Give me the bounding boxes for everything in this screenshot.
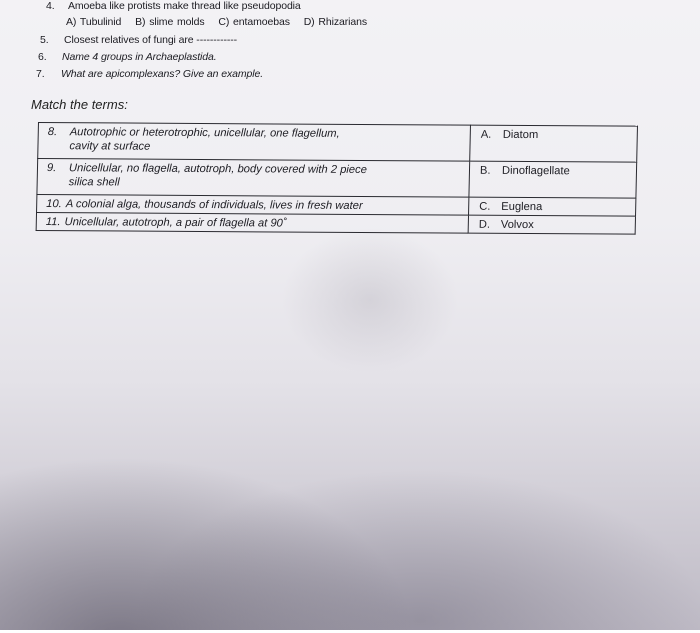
answer-cell: B.Dinoflagellate	[469, 161, 637, 198]
term-cell: 11.Unicellular, autotroph, a pair of fla…	[36, 212, 468, 233]
term-number: 8.	[48, 125, 70, 139]
table-row: 11.Unicellular, autotroph, a pair of fla…	[36, 212, 635, 234]
answer-text: Diatom	[503, 129, 539, 141]
question-6: 6.Name 4 groups in Archaeplastida.	[38, 51, 217, 63]
question-number: 7.	[36, 68, 61, 80]
table-row: 9.Unicellular, no flagella, autotroph, b…	[37, 158, 637, 198]
question-4: 4.Amoeba like protists make thread like …	[46, 0, 301, 12]
question-number: 5.	[40, 34, 64, 46]
question-number: 4.	[46, 0, 68, 12]
term-cell: 9.Unicellular, no flagella, autotroph, b…	[37, 158, 470, 197]
term-number: 9.	[47, 161, 69, 175]
answer-text: Dinoflagellate	[502, 165, 570, 177]
paper-background	[0, 0, 700, 633]
term-text: A colonial alga, thousands of individual…	[66, 198, 363, 212]
table-row: 8.Autotrophic or heterotrophic, unicellu…	[38, 123, 638, 163]
option-a: A) Tubulinid	[66, 16, 121, 28]
answer-cell: D.Volvox	[468, 215, 635, 234]
answer-letter: C.	[479, 200, 501, 214]
term-text-continued: silica shell	[47, 175, 463, 192]
option-d: D) Rhizarians	[304, 16, 367, 28]
term-text: Unicellular, no flagella, autotroph, bod…	[69, 162, 367, 176]
answer-cell: A.Diatom	[470, 125, 638, 162]
term-number: 10.	[46, 197, 62, 211]
match-heading: Match the terms:	[31, 97, 128, 112]
option-b: B) slime molds	[135, 16, 204, 28]
term-text-continued: cavity at surface	[47, 139, 463, 156]
answer-text: Euglena	[501, 201, 542, 213]
question-number: 6.	[38, 51, 62, 63]
match-table: 8.Autotrophic or heterotrophic, unicellu…	[36, 122, 638, 235]
question-5: 5.Closest relatives of fungi are -------…	[40, 34, 237, 46]
answer-letter: B.	[480, 164, 502, 178]
term-text: Autotrophic or heterotrophic, unicellula…	[70, 126, 340, 140]
option-c: C) entamoebas	[218, 16, 290, 28]
answer-cell: C.Euglena	[469, 197, 636, 216]
question-text: Amoeba like protists make thread like ps…	[68, 0, 301, 12]
question-text: What are apicomplexans? Give an example.	[61, 68, 263, 80]
answer-letter: A.	[481, 128, 503, 142]
answer-letter: D.	[479, 218, 501, 232]
question-7: 7.What are apicomplexans? Give an exampl…	[36, 68, 263, 80]
question-text: Closest relatives of fungi are ---------…	[64, 34, 237, 46]
term-number: 11.	[46, 215, 61, 229]
question-4-options: A) Tubulinid B) slime molds C) entamoeba…	[66, 16, 377, 28]
question-text: Name 4 groups in Archaeplastida.	[62, 51, 217, 63]
answer-text: Volvox	[501, 219, 534, 231]
term-text: Unicellular, autotroph, a pair of flagel…	[64, 216, 286, 229]
term-cell: 8.Autotrophic or heterotrophic, unicellu…	[38, 123, 471, 162]
